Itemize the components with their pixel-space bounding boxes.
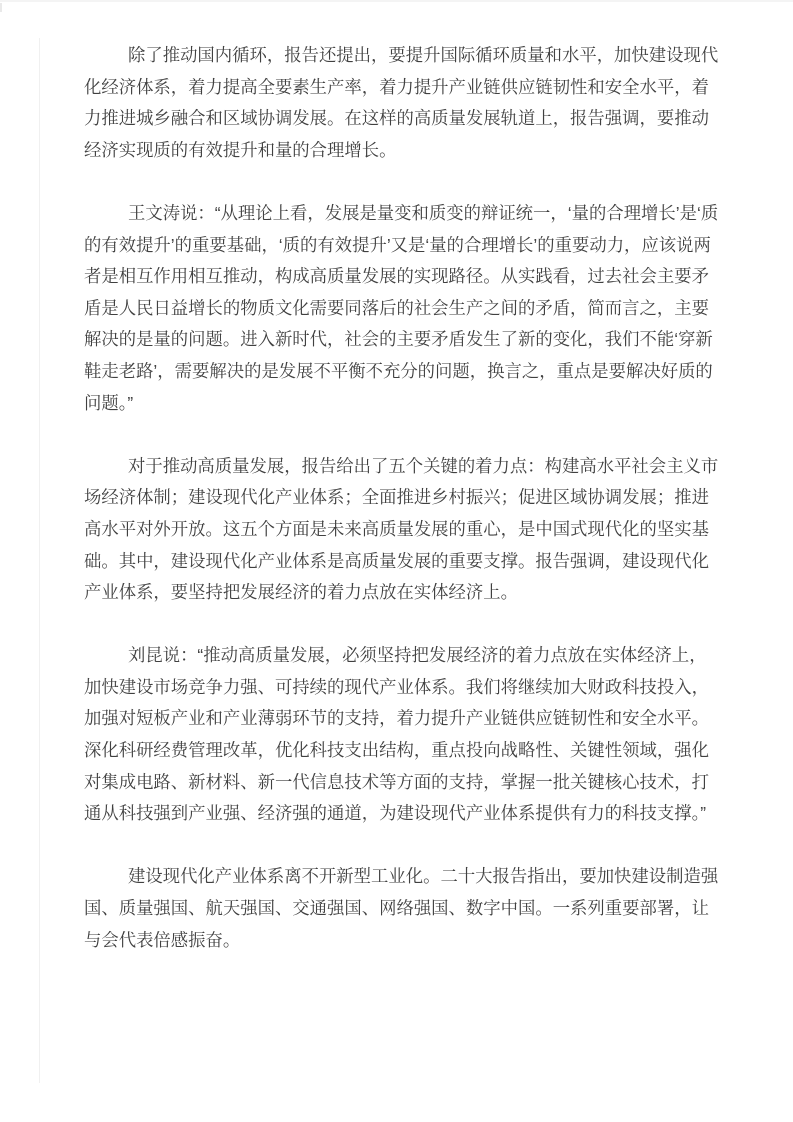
article-paragraph: 对于推动高质量发展，报告给出了五个关键的着力点：构建高水平社会主义市场经济体制；… <box>84 451 720 609</box>
article-paragraph: 建设现代化产业体系离不开新型工业化。二十大报告指出，要加快建设制造强国、质量强国… <box>84 861 720 956</box>
page-left-border <box>39 38 40 1083</box>
article-paragraph: 王文涛说：“从理论上看，发展是量变和质变的辩证统一，‘量的合理增长’是‘质的有效… <box>84 198 720 419</box>
article-paragraph: 刘昆说：“推动高质量发展，必须坚持把发展经济的着力点放在实体经济上，加快建设市场… <box>84 640 720 830</box>
top-border-line <box>0 0 793 2</box>
article-body: 除了推动国内循环，报告还提出，要提升国际循环质量和水平，加快建设现代化经济体系，… <box>84 40 720 956</box>
article-paragraph: 除了推动国内循环，报告还提出，要提升国际循环质量和水平，加快建设现代化经济体系，… <box>84 40 720 166</box>
corner-edge-mark <box>0 3 2 12</box>
